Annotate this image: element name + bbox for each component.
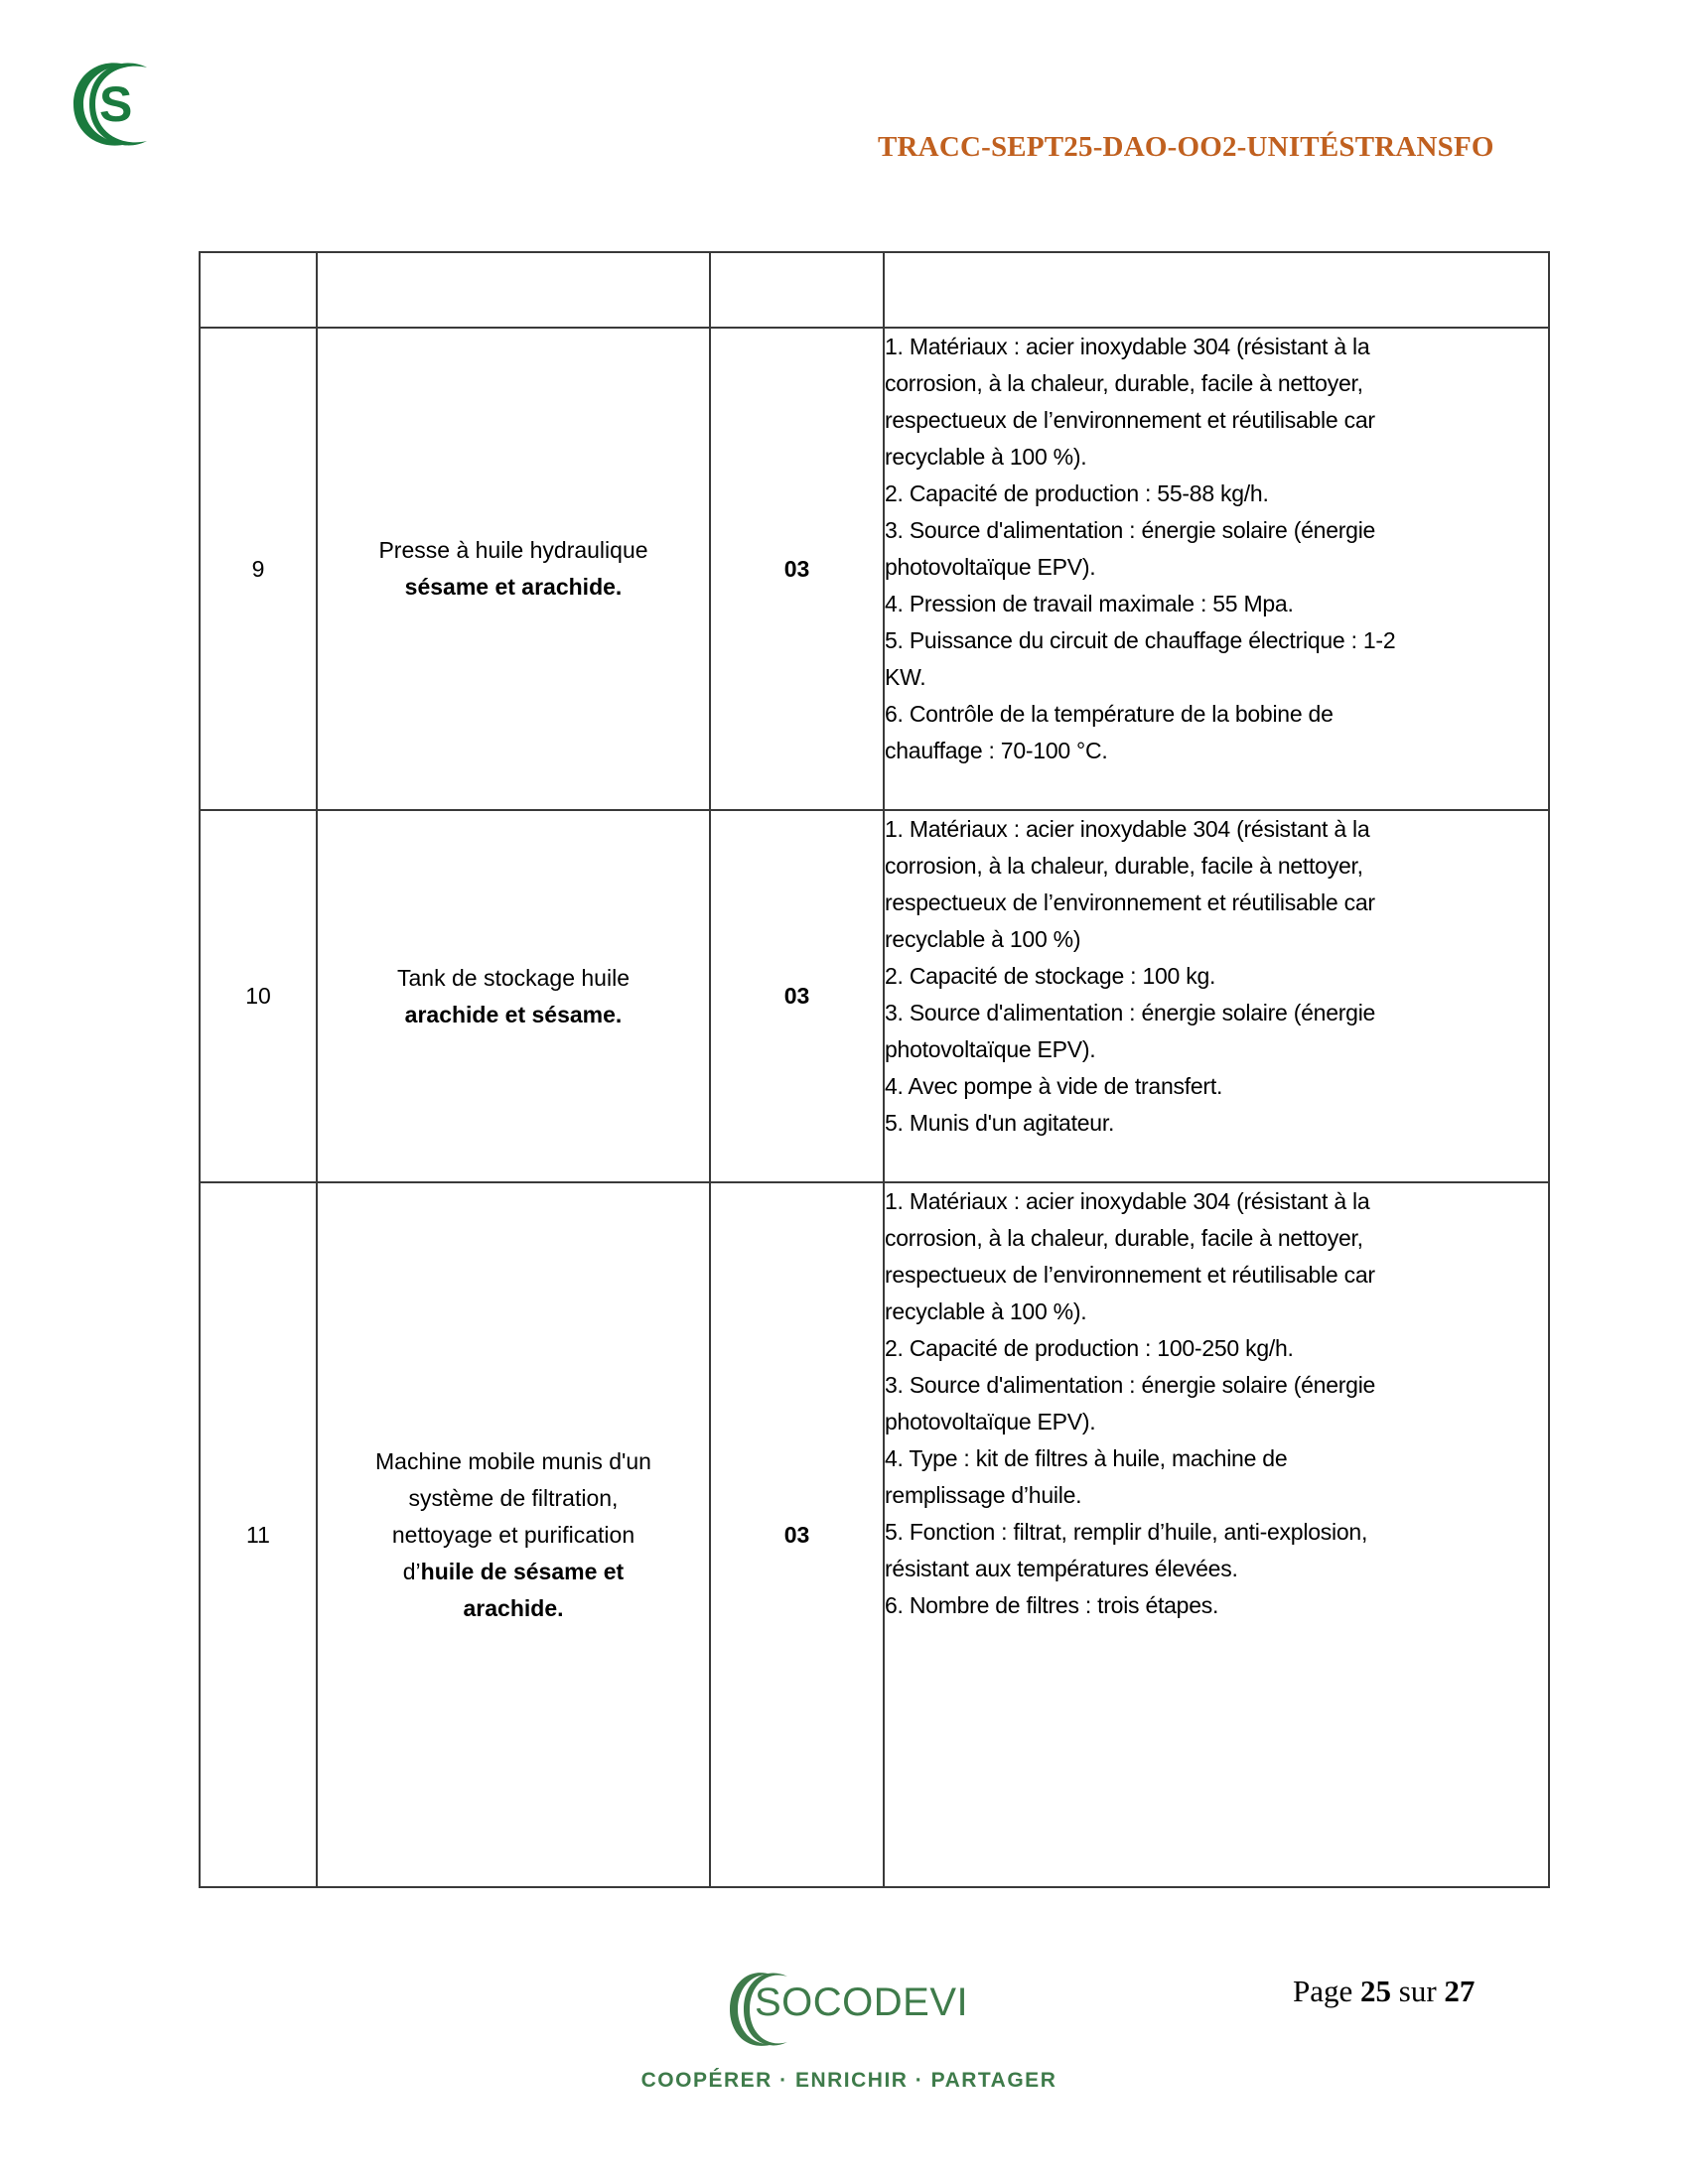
description-line: corrosion, à la chaleur, durable, facile…: [885, 365, 1548, 402]
item-description: 1. Matériaux : acier inoxydable 304 (rés…: [884, 328, 1549, 810]
item-name: Tank de stockage huile arachide et sésam…: [317, 810, 710, 1182]
description-line: 5. Puissance du circuit de chauffage éle…: [885, 622, 1548, 659]
description-line: respectueux de l’environnement et réutil…: [885, 885, 1548, 921]
description-line: 2. Capacité de production : 100-250 kg/h…: [885, 1330, 1548, 1367]
item-quantity: 03: [710, 1182, 884, 1887]
table-row: 9 Presse à huile hydraulique sésame et a…: [200, 328, 1549, 810]
description-line: corrosion, à la chaleur, durable, facile…: [885, 1220, 1548, 1257]
description-line: 5. Fonction : filtrat, remplir d’huile, …: [885, 1514, 1548, 1551]
item-name-line: système de filtration,: [409, 1485, 619, 1511]
description-line: 4. Avec pompe à vide de transfert.: [885, 1068, 1548, 1105]
footer-brand-name: SOCODEVI: [755, 1980, 968, 2025]
description-line: KW.: [885, 659, 1548, 696]
page-number: Page 25 sur 27: [1293, 1974, 1475, 2009]
description-line: 1. Matériaux : acier inoxydable 304 (rés…: [885, 811, 1548, 848]
description-line: recyclable à 100 %).: [885, 1294, 1548, 1330]
description-line: 1. Matériaux : acier inoxydable 304 (rés…: [885, 329, 1548, 365]
item-name-bold: arachide.: [464, 1595, 564, 1621]
description-line: recyclable à 100 %): [885, 921, 1548, 958]
table-row: 10 Tank de stockage huile arachide et sé…: [200, 810, 1549, 1182]
item-name-line: nettoyage et purification: [392, 1522, 634, 1548]
description-line: photovoltaïque EPV).: [885, 1404, 1548, 1440]
description-line: respectueux de l’environnement et réutil…: [885, 1257, 1548, 1294]
description-line: 6. Nombre de filtres : trois étapes.: [885, 1587, 1548, 1624]
svg-text:S: S: [99, 76, 132, 132]
description-line: résistant aux températures élevées.: [885, 1551, 1548, 1587]
item-number: 9: [200, 328, 317, 810]
specification-table: 9 Presse à huile hydraulique sésame et a…: [199, 251, 1550, 1888]
item-name: Machine mobile munis d'un système de fil…: [317, 1182, 710, 1887]
item-name-regular: Tank de stockage huile: [397, 965, 630, 991]
header-cell-description: [884, 252, 1549, 328]
description-line: chauffage : 70-100 °C.: [885, 733, 1548, 769]
item-number: 10: [200, 810, 317, 1182]
table-header-row: [200, 252, 1549, 328]
description-line: 5. Munis d'un agitateur.: [885, 1105, 1548, 1142]
document-reference: TRACC-SEPT25-DAO-OO2-UNITÉSTRANSFO: [878, 131, 1474, 164]
page-current: 25: [1360, 1974, 1391, 2008]
item-name: Presse à huile hydraulique sésame et ara…: [317, 328, 710, 810]
description-line: 2. Capacité de production : 55-88 kg/h.: [885, 476, 1548, 512]
item-name-regular: Presse à huile hydraulique: [378, 537, 647, 563]
description-line: photovoltaïque EPV).: [885, 1031, 1548, 1068]
description-line: photovoltaïque EPV).: [885, 549, 1548, 586]
item-name-bold: huile de sésame et: [421, 1559, 625, 1584]
footer-tagline: COOPÉRER · ENRICHIR · PARTAGER: [640, 2069, 1057, 2093]
item-description: 1. Matériaux : acier inoxydable 304 (rés…: [884, 810, 1549, 1182]
table-row: 11 Machine mobile munis d'un système de …: [200, 1182, 1549, 1887]
description-line: 1. Matériaux : acier inoxydable 304 (rés…: [885, 1183, 1548, 1220]
description-line: 2. Capacité de stockage : 100 kg.: [885, 958, 1548, 995]
item-quantity: 03: [710, 328, 884, 810]
page-separator: sur: [1399, 1974, 1437, 2008]
description-line: 4. Type : kit de filtres à huile, machin…: [885, 1440, 1548, 1477]
page-total: 27: [1444, 1974, 1475, 2008]
description-line: remplissage d’huile.: [885, 1477, 1548, 1514]
header-cell-name: [317, 252, 710, 328]
item-number: 11: [200, 1182, 317, 1887]
description-line: 3. Source d'alimentation : énergie solai…: [885, 1367, 1548, 1404]
item-name-bold: sésame et arachide.: [405, 574, 623, 600]
description-line: 3. Source d'alimentation : énergie solai…: [885, 995, 1548, 1031]
item-name-line: Machine mobile munis d'un: [375, 1448, 651, 1474]
description-line: 6. Contrôle de la température de la bobi…: [885, 696, 1548, 733]
item-name-prefix: d’: [403, 1559, 421, 1584]
header-cell-quantity: [710, 252, 884, 328]
description-line: corrosion, à la chaleur, durable, facile…: [885, 848, 1548, 885]
description-line: respectueux de l’environnement et réutil…: [885, 402, 1548, 439]
description-line: 3. Source d'alimentation : énergie solai…: [885, 512, 1548, 549]
item-quantity: 03: [710, 810, 884, 1182]
socodevi-logo-icon: S: [70, 58, 151, 151]
description-line: 4. Pression de travail maximale : 55 Mpa…: [885, 586, 1548, 622]
item-name-bold: arachide et sésame.: [405, 1002, 623, 1027]
header-cell-number: [200, 252, 317, 328]
description-line: recyclable à 100 %).: [885, 439, 1548, 476]
page-label: Page: [1293, 1974, 1352, 2008]
item-description: 1. Matériaux : acier inoxydable 304 (rés…: [884, 1182, 1549, 1887]
